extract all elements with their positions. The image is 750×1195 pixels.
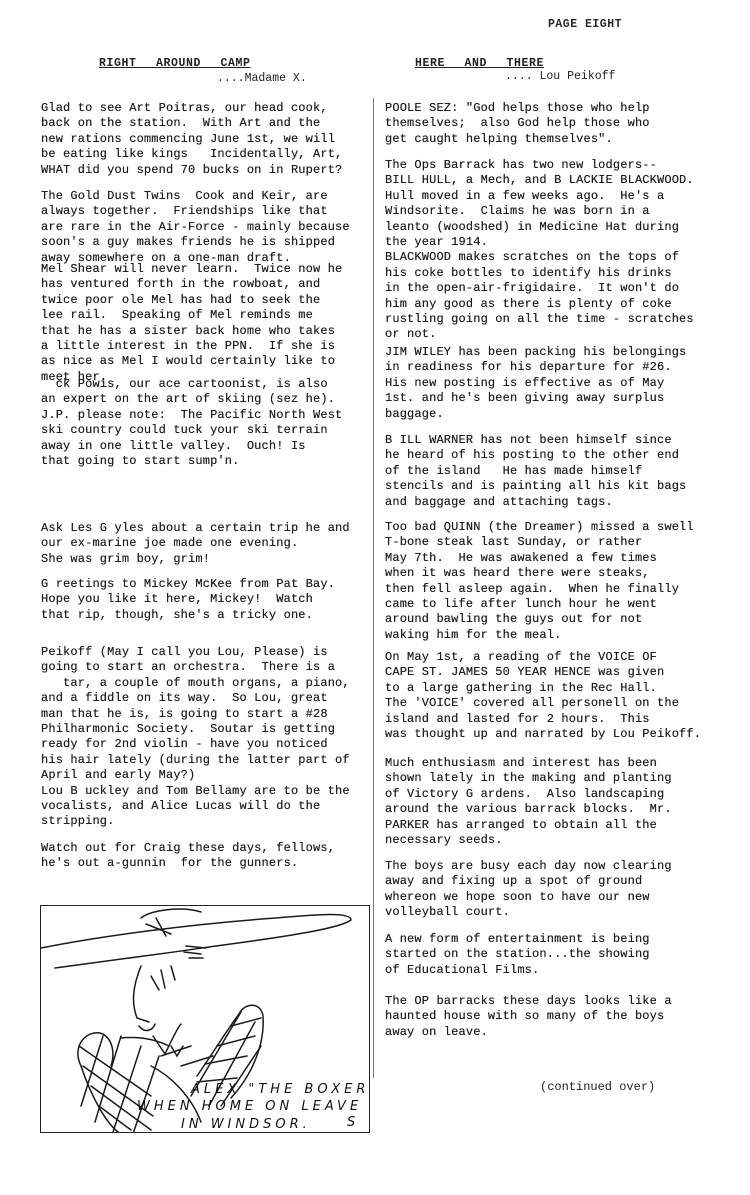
- paragraph: Glad to see Art Poitras, our head cook,b…: [41, 101, 342, 178]
- text-line: that rip, though, she's a tricky one.: [41, 608, 335, 623]
- text-line: be eating like kings Incidentally, Art,: [41, 147, 342, 162]
- text-line: Hope you like it here, Mickey! Watch: [41, 592, 335, 607]
- paragraph: Too bad QUINN (the Dreamer) missed a swe…: [385, 520, 694, 643]
- text-line: man that he is, is going to start a #28: [41, 707, 350, 722]
- text-line: volleyball court.: [385, 905, 672, 920]
- text-line: was thought up and narrated by Lou Peiko…: [385, 727, 701, 742]
- text-line: of Victory G ardens. Also landscaping: [385, 787, 672, 802]
- text-line: to a large gathering in the Rec Hall.: [385, 681, 701, 696]
- paragraph: On May 1st, a reading of the VOICE OFCAP…: [385, 650, 701, 742]
- text-line: J.P. please note: The Pacific North West: [41, 408, 342, 423]
- text-line: baggage.: [385, 407, 686, 422]
- text-line: away on leave.: [385, 1025, 672, 1040]
- text-line: whereon we hope soon to have our new: [385, 890, 672, 905]
- text-line: Lou B uckley and Tom Bellamy are to be t…: [41, 784, 350, 799]
- text-line: has ventured forth in the rowboat, and: [41, 277, 342, 292]
- right-column-byline: .... Lou Peikoff: [505, 70, 615, 83]
- paragraph: The Ops Barrack has two new lodgers--BIL…: [385, 158, 694, 343]
- paragraph: A new form of entertainment is beingstar…: [385, 932, 650, 978]
- paragraph: ck Powis, our ace cartoonist, is alsoan …: [41, 377, 342, 469]
- text-line: then fell asleep again. When he finally: [385, 582, 694, 597]
- paragraph: G reetings to Mickey McKee from Pat Bay.…: [41, 577, 335, 623]
- text-line: of Educational Films.: [385, 963, 650, 978]
- text-line: PARKER has arranged to obtain all the: [385, 818, 672, 833]
- text-line: away and fixing up a spot of ground: [385, 874, 672, 889]
- text-line: Too bad QUINN (the Dreamer) missed a swe…: [385, 520, 694, 535]
- text-line: G reetings to Mickey McKee from Pat Bay.: [41, 577, 335, 592]
- text-line: a little interest in the PPN. If she is: [41, 339, 342, 354]
- paragraph: POOLE SEZ: "God helps those who helpthem…: [385, 101, 650, 147]
- cartoon-illustration: ALEX "THE BOXER WHEN HOME ON LEAVE IN WI…: [40, 905, 370, 1133]
- text-line: vocalists, and Alice Lucas will do the: [41, 799, 350, 814]
- cartoon-caption-line-3: IN WINDSOR.: [181, 1117, 311, 1132]
- text-line: of the island He has made himself: [385, 464, 686, 479]
- text-line: Much enthusiasm and interest has been: [385, 756, 672, 771]
- text-line: away in one little valley. Ouch! Is: [41, 439, 342, 454]
- text-line: Mel Shear will never learn. Twice now he: [41, 262, 342, 277]
- text-line: new rations commencing June 1st, we will: [41, 132, 342, 147]
- text-line: or not.: [385, 327, 694, 342]
- text-line: Hull moved in a few weeks ago. He's a: [385, 189, 694, 204]
- text-line: B ILL WARNER has not been himself since: [385, 433, 686, 448]
- text-line: tar, a couple of mouth organs, a piano,: [41, 676, 350, 691]
- text-line: Windsorite. Claims he was born in a: [385, 204, 694, 219]
- cartoon-caption-line-2: WHEN HOME ON LEAVE: [137, 1099, 362, 1114]
- text-line: haunted house with so many of the boys: [385, 1009, 672, 1024]
- text-line: ski country could tuck your ski terrain: [41, 423, 342, 438]
- text-line: May 7th. He was awakened a few times: [385, 551, 694, 566]
- paragraph: Mel Shear will never learn. Twice now he…: [41, 262, 342, 385]
- text-line: get caught helping themselves".: [385, 132, 650, 147]
- text-line: His new posting is effective as of May: [385, 376, 686, 391]
- cartoonist-signature: S: [347, 1115, 355, 1130]
- paragraph: Watch out for Craig these days, fellows,…: [41, 841, 335, 872]
- text-line: Peikoff (May I call you Lou, Please) is: [41, 645, 350, 660]
- text-line: came to life after lunch hour he went: [385, 597, 694, 612]
- page-number: PAGE EIGHT: [548, 18, 622, 31]
- text-line: ck Powis, our ace cartoonist, is also: [41, 377, 342, 392]
- text-line: when it was heard there were steaks,: [385, 566, 694, 581]
- text-line: lee rail. Speaking of Mel reminds me: [41, 308, 342, 323]
- text-line: The OP barracks these days looks like a: [385, 994, 672, 1009]
- text-line: BLACKWOOD makes scratches on the tops of: [385, 250, 694, 265]
- text-line: shown lately in the making and planting: [385, 771, 672, 786]
- text-line: our ex-marine joe made one evening.: [41, 536, 350, 551]
- text-line: in readiness for his departure for #26.: [385, 360, 686, 375]
- text-line: island and lasted for 2 hours. This: [385, 712, 701, 727]
- text-line: necessary seeds.: [385, 833, 672, 848]
- text-line: ready for 2nd violin - have you noticed: [41, 737, 350, 752]
- text-line: stencils and is painting all his kit bag…: [385, 479, 686, 494]
- text-line: JIM WILEY has been packing his belonging…: [385, 345, 686, 360]
- paragraph: Much enthusiasm and interest has beensho…: [385, 756, 672, 848]
- text-line: an expert on the art of skiing (sez he).: [41, 392, 342, 407]
- text-line: Watch out for Craig these days, fellows,: [41, 841, 335, 856]
- text-line: The Gold Dust Twins Cook and Keir, are: [41, 189, 350, 204]
- cartoon-caption-line-1: ALEX "THE BOXER: [191, 1082, 369, 1097]
- text-line: and a fiddle on its way. So Lou, great: [41, 691, 350, 706]
- paragraph: Ask Les G yles about a certain trip he a…: [41, 521, 350, 567]
- text-line: soon's a guy makes friends he is shipped: [41, 235, 350, 250]
- text-line: Glad to see Art Poitras, our head cook,: [41, 101, 342, 116]
- text-line: Philharmonic Society. Soutar is getting: [41, 722, 350, 737]
- text-line: the year 1914.: [385, 235, 694, 250]
- text-line: She was grim boy, grim!: [41, 552, 350, 567]
- paragraph: Peikoff (May I call you Lou, Please) isg…: [41, 645, 350, 830]
- text-line: T-bone steak last Sunday, or rather: [385, 535, 694, 550]
- text-line: Ask Les G yles about a certain trip he a…: [41, 521, 350, 536]
- text-line: his hair lately (during the latter part …: [41, 753, 350, 768]
- text-line: POOLE SEZ: "God helps those who help: [385, 101, 650, 116]
- text-line: his coke bottles to identify his drinks: [385, 266, 694, 281]
- paragraph: B ILL WARNER has not been himself sinceh…: [385, 433, 686, 510]
- text-line: The boys are busy each day now clearing: [385, 859, 672, 874]
- text-line: On May 1st, a reading of the VOICE OF: [385, 650, 701, 665]
- right-column-heading: HERE AND THERE: [415, 57, 544, 70]
- text-line: The Ops Barrack has two new lodgers--: [385, 158, 694, 173]
- text-line: as nice as Mel I would certainly like to: [41, 354, 342, 369]
- left-column-heading: RIGHT AROUND CAMP: [99, 57, 251, 70]
- paragraph: JIM WILEY has been packing his belonging…: [385, 345, 686, 422]
- text-line: A new form of entertainment is being: [385, 932, 650, 947]
- text-line: around the various barrack blocks. Mr.: [385, 802, 672, 817]
- column-divider: [373, 98, 374, 1078]
- text-line: around bawling the guys out for not: [385, 612, 694, 627]
- text-line: him any good as there is plenty of coke: [385, 297, 694, 312]
- text-line: always together. Friendships like that: [41, 204, 350, 219]
- paragraph: The OP barracks these days looks like ah…: [385, 994, 672, 1040]
- text-line: 1st. and he's been giving away surplus: [385, 391, 686, 406]
- text-line: started on the station...the showing: [385, 947, 650, 962]
- text-line: WHAT did you spend 70 bucks on in Rupert…: [41, 163, 342, 178]
- text-line: back on the station. With Art and the: [41, 116, 342, 131]
- text-line: he's out a-gunnin for the gunners.: [41, 856, 335, 871]
- text-line: April and early May?): [41, 768, 350, 783]
- text-line: leanto (woodshed) in Medicine Hat during: [385, 220, 694, 235]
- text-line: waking him for the meal.: [385, 628, 694, 643]
- text-line: that he has a sister back home who takes: [41, 324, 342, 339]
- text-line: and baggage and attaching tags.: [385, 495, 686, 510]
- text-line: stripping.: [41, 814, 350, 829]
- text-line: going to start an orchestra. There is a: [41, 660, 350, 675]
- text-line: he heard of his posting to the other end: [385, 448, 686, 463]
- text-line: in the open-air-frigidaire. It won't do: [385, 281, 694, 296]
- paragraph: The boys are busy each day now clearinga…: [385, 859, 672, 921]
- text-line: BILL HULL, a Mech, and B LACKIE BLACKWOO…: [385, 173, 694, 188]
- paragraph: The Gold Dust Twins Cook and Keir, areal…: [41, 189, 350, 266]
- continued-over-note: (continued over): [540, 1080, 655, 1094]
- text-line: that going to start sump'n.: [41, 454, 342, 469]
- left-column-byline: ....Madame X.: [217, 72, 307, 85]
- text-line: are rare in the Air-Force - mainly becau…: [41, 220, 350, 235]
- text-line: themselves; also God help those who: [385, 116, 650, 131]
- text-line: twice poor ole Mel has had to seek the: [41, 293, 342, 308]
- text-line: rustling going on all the time - scratch…: [385, 312, 694, 327]
- text-line: The 'VOICE' covered all personell on the: [385, 696, 701, 711]
- text-line: CAPE ST. JAMES 50 YEAR HENCE was given: [385, 665, 701, 680]
